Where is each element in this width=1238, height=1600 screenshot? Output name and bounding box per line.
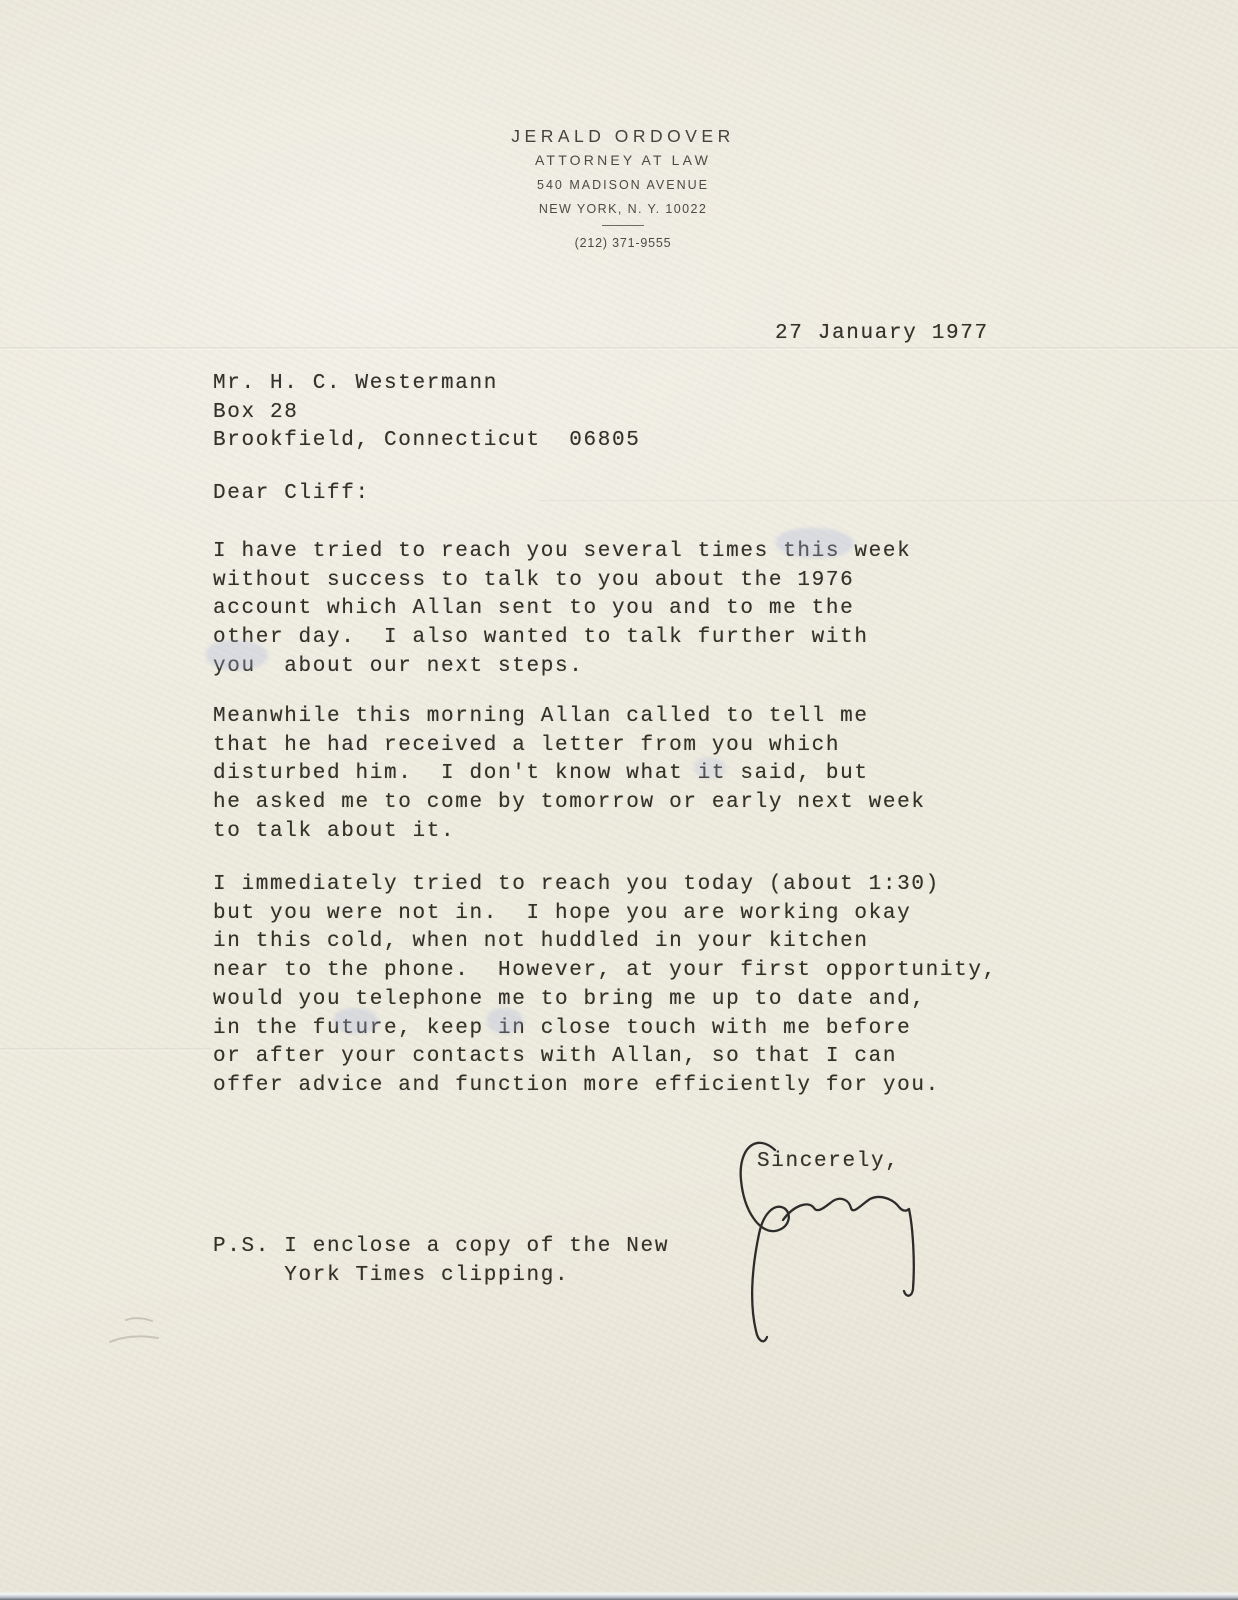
fold-crease-upper	[0, 347, 1238, 350]
letterhead-city: NEW YORK, N. Y. 10022	[539, 202, 707, 217]
letterhead: JERALD ORDOVER ATTORNEY AT LAW 540 MADIS…	[0, 126, 1238, 251]
letterhead-name: JERALD ORDOVER	[511, 126, 734, 146]
letterhead-phone: (212) 371-9555	[575, 236, 672, 251]
paragraph-1: I have tried to reach you several times …	[213, 538, 911, 682]
signature-script	[720, 1128, 940, 1360]
salutation: Dear Cliff:	[213, 480, 370, 509]
paragraph-2: Meanwhile this morning Allan called to t…	[213, 703, 926, 847]
fold-crease-middle	[540, 500, 1238, 503]
date-line: 27 January 1977	[775, 320, 989, 349]
postscript-note: P.S. I enclose a copy of the New York Ti…	[213, 1233, 669, 1290]
letterhead-title: ATTORNEY AT LAW	[535, 152, 711, 169]
recipient-address: Mr. H. C. Westermann Box 28 Brookfield, …	[213, 370, 641, 456]
fold-crease-lower	[0, 1048, 210, 1051]
paragraph-3: I immediately tried to reach you today (…	[213, 871, 997, 1101]
scan-edge	[0, 1591, 1238, 1600]
letter-page: JERALD ORDOVER ATTORNEY AT LAW 540 MADIS…	[0, 0, 1238, 1600]
letterhead-street: 540 MADISON AVENUE	[537, 178, 709, 193]
letterhead-divider-rule	[602, 225, 644, 226]
pencil-smudge	[100, 1310, 180, 1355]
